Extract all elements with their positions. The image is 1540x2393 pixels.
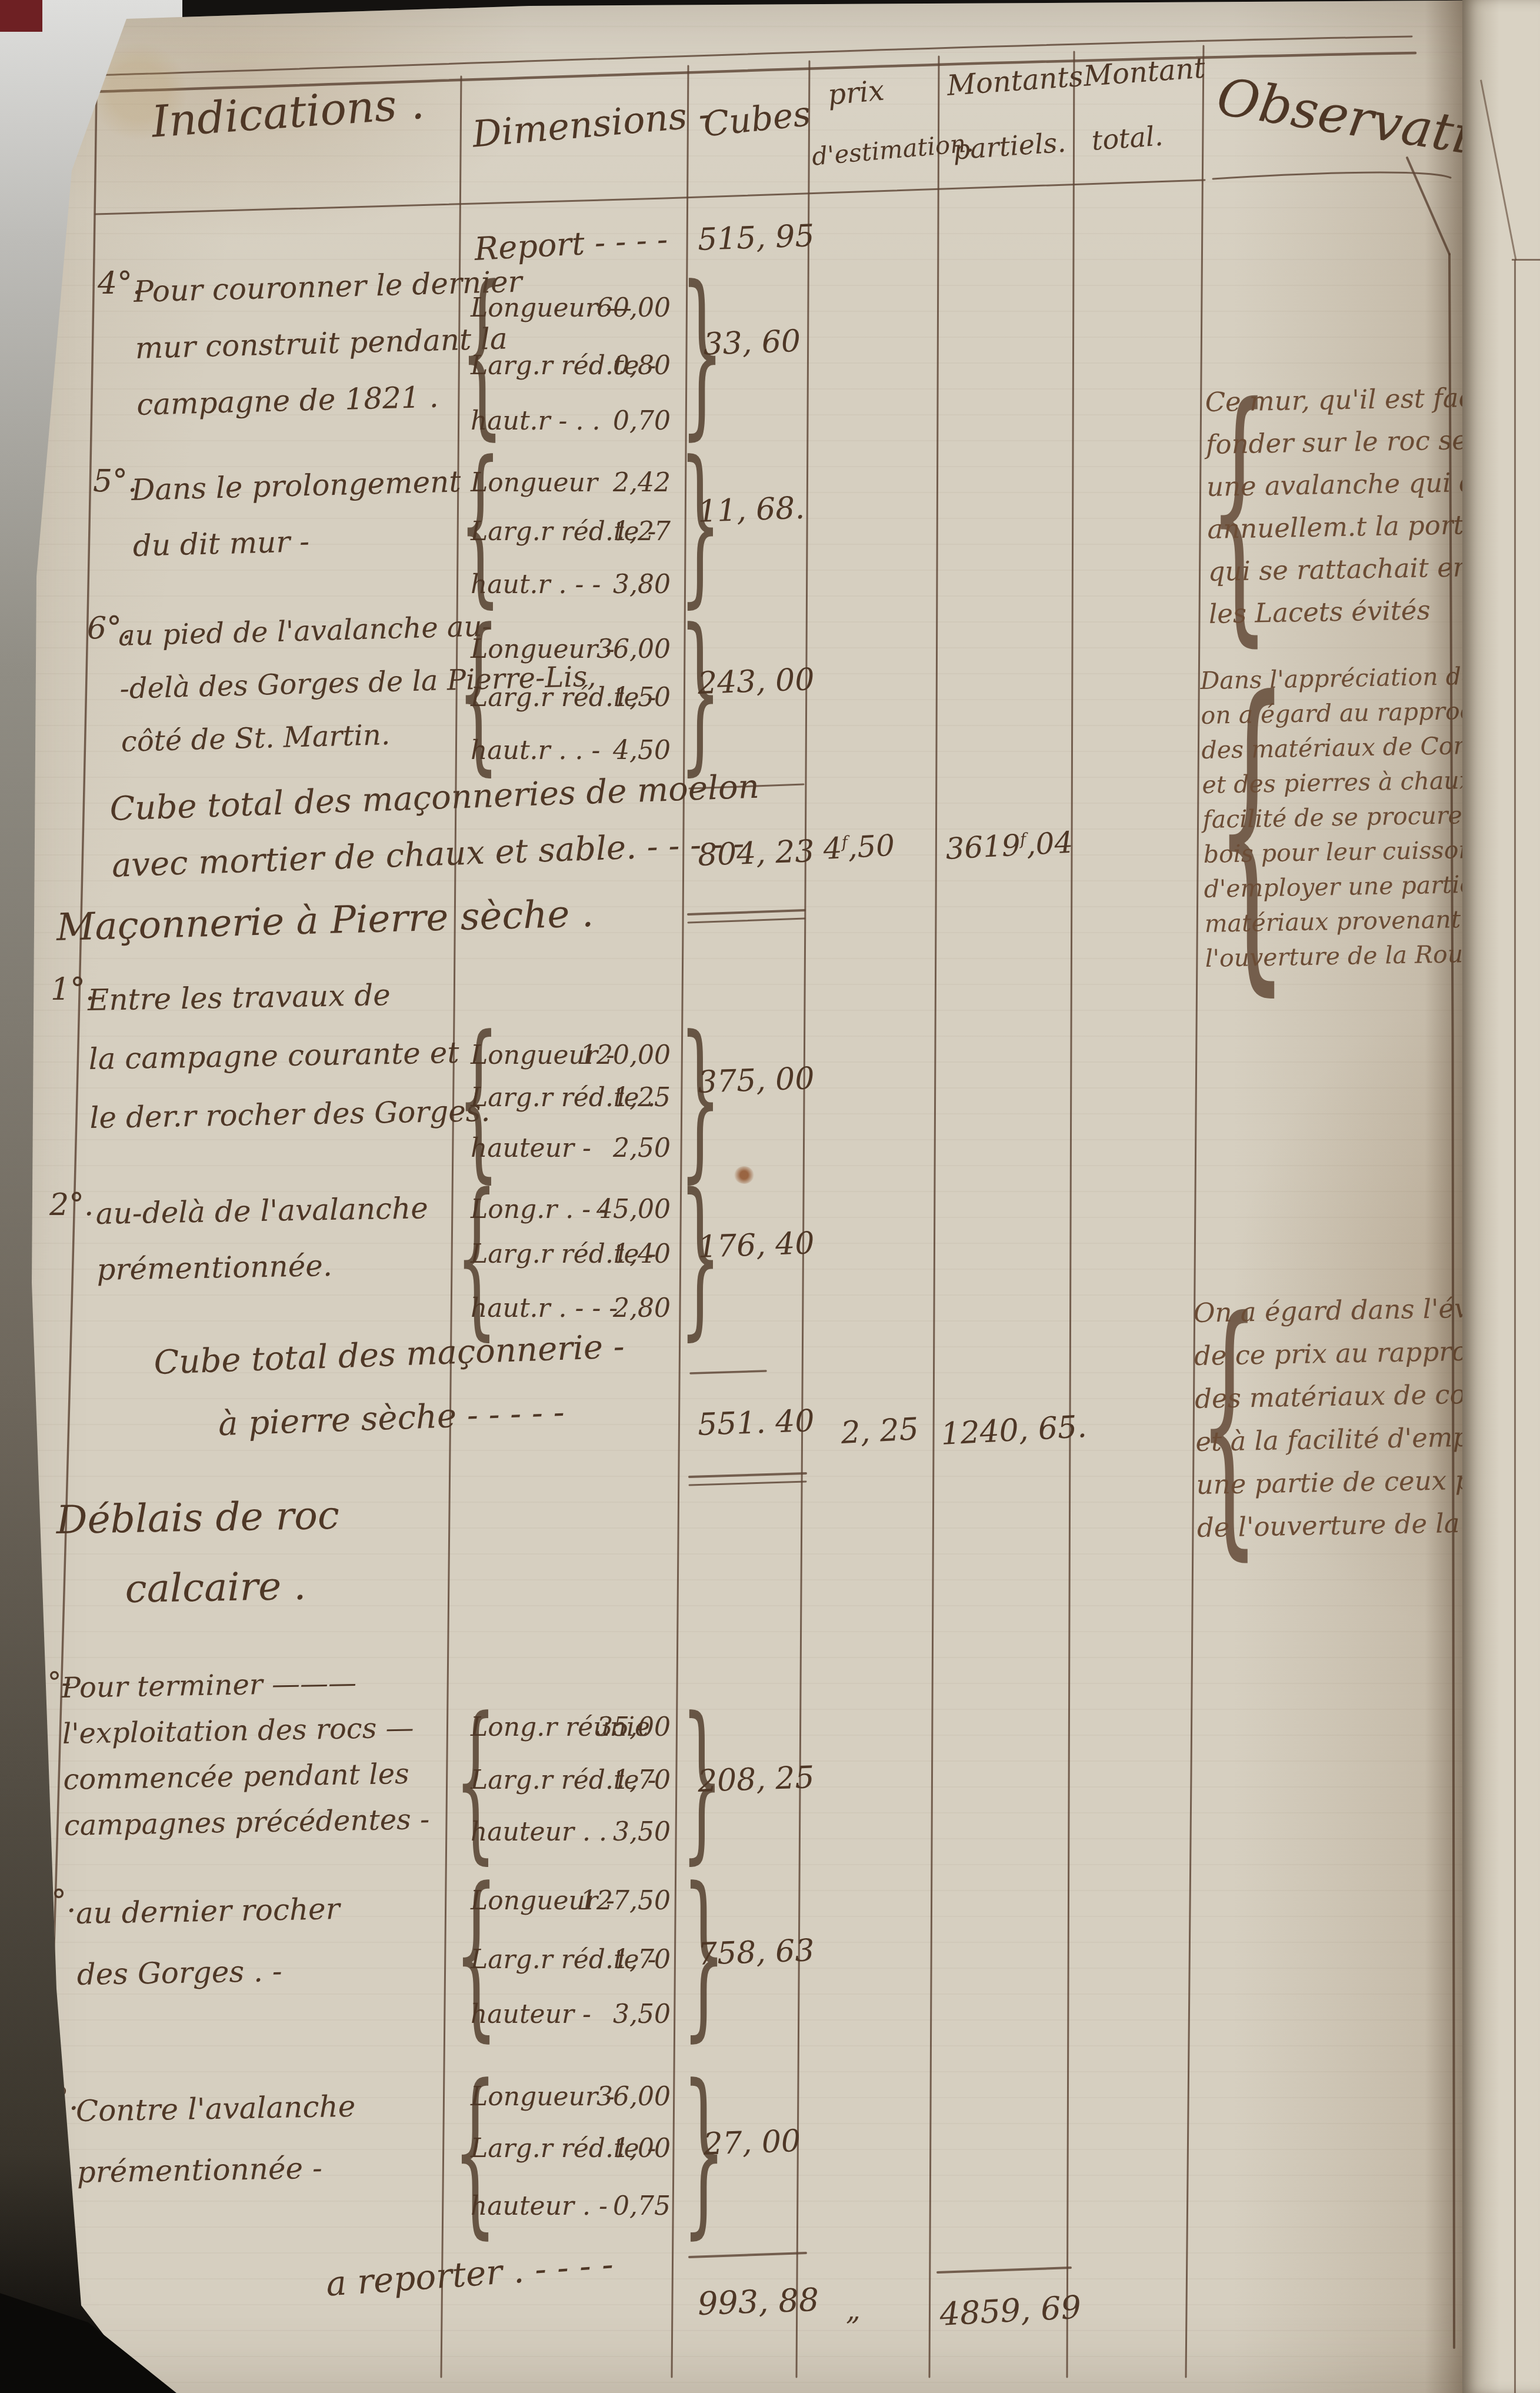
divider-montant-observations [1186,46,1204,2377]
item-description: au dernier rocherdes Gorges . - [75,1878,341,2005]
dimension-value: 3,50 [574,1999,671,2029]
item-description: Entre les travaux dela campagne courante… [87,964,491,1147]
item-cube-value: 33, 60 [697,324,801,362]
dimension-value: 45,00 [574,1194,671,1224]
dimension-value: 2,42 [574,468,671,498]
header-underline [95,180,1205,214]
adjacent-page-border-corner [1480,79,1516,260]
carry-forward-montant: 4859, 69 [939,2288,1082,2332]
item-cube-value: 243, 00 [697,663,801,701]
item-description: au-delà de l'avalancheprémentionnée. [95,1180,429,1298]
col-header-prix-line1: prix [826,74,886,112]
manuscript-page: Indications . Dimensions - Cubes prix d'… [0,0,1540,2393]
item-cube-value: 375, 00 [697,1061,801,1100]
total-prix-value: 2, 25 [840,1412,919,1451]
dimension-value: 0,75 [574,2191,671,2221]
table-top-rule-inner [95,53,1415,92]
dimension-value: 1,70 [574,1945,671,1975]
divider-prix-montants [929,56,939,2377]
dimension-value: 2,50 [574,1133,671,1163]
dimension-value: 35,00 [574,1712,671,1742]
background-corner-maroon [0,0,42,32]
page-fold-shadow [1425,0,1462,2393]
dimension-value: 0,70 [574,406,671,436]
item-description: Contre l'avalancheprémentionnée - [75,2076,357,2203]
dimension-value: 60,00 [574,293,671,323]
total2-box-bottom-a [689,1473,806,1477]
dimension-value: 1,25 [574,1083,671,1113]
dimension-value: 3,50 [574,1817,671,1847]
dimension-value: 3,80 [574,570,671,600]
montant-int: 3619 [945,828,1021,866]
dimension-value: 0,80 [574,351,671,381]
total2-box-bottom-b [689,1482,806,1485]
item-description: Pour terminer ———l'exploitation des rocs… [61,1659,430,1849]
photograph-scene: Indications . Dimensions - Cubes prix d'… [0,0,1540,2393]
dimension-value: 36,00 [574,2082,671,2112]
item-cube-value: 758, 63 [697,1933,801,1972]
total-label: Cube total des maçonneries de moelonavec… [109,758,762,894]
dimension-value: 127,50 [574,1886,671,1916]
dimension-value: 36,00 [574,634,671,664]
total-prix-value: 4f,50 [822,828,895,866]
total1-box-bottom-b [688,918,805,923]
item-cube-value: 208, 25 [697,1760,801,1799]
divider-montants-montant [1067,52,1074,2377]
carry-forward-prix-ditto: „ [846,2294,861,2327]
divider-cube-prix [796,61,809,2377]
item-cube-value: 27, 00 [697,2124,801,2162]
total-montant-partiel: 3619f,04 [945,826,1074,866]
dimension-value: 1,40 [574,1239,671,1269]
total-cube-value: 804, 23 [697,834,801,873]
item-number: 2°. [49,1187,94,1223]
total-label: Cube total des maçonnerie -à pierre sèch… [138,1314,642,1459]
carry-forward-cube: 993, 88 [697,2282,801,2322]
item-cube-value: 11, 68. [697,491,801,530]
footer-montant-rule [938,2268,1071,2272]
item-cube-value: 176, 40 [697,1226,801,1265]
prix-int: 4 [822,831,843,866]
dimension-value: 1,00 [574,2134,671,2164]
adjacent-page-border-vertical [1514,260,1516,2393]
prix-int: 2, 25 [840,1412,919,1451]
total-cube-value: 551. 40 [697,1404,801,1443]
dimension-value: 120,00 [574,1040,671,1070]
col-header-montant-line2: total. [1091,120,1164,157]
total2-box-top [691,1371,766,1373]
adjacent-page-edge [1462,0,1540,2393]
dimension-value: 1,70 [574,1765,671,1795]
total1-box-bottom-a [688,910,805,914]
paper-stain [734,1166,754,1184]
dimension-value: 1,50 [574,683,671,713]
section-heading-deblais-line1: Déblais de roc [56,1493,339,1543]
montant-frac: ,04 [1025,826,1074,862]
dimension-value: 1,27 [574,517,671,547]
section-heading-deblais-line2: calcaire . [125,1563,306,1612]
item-description: Dans le prolongementdu dit mur - [131,454,463,574]
dimension-value: 4,50 [574,735,671,766]
prix-frac: ,50 [847,828,895,865]
